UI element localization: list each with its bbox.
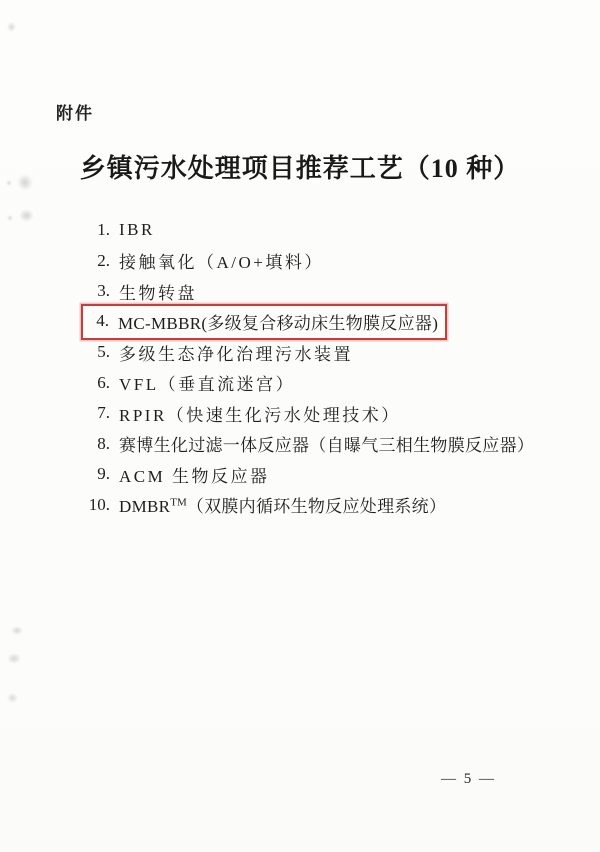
scan-artifact (19, 209, 34, 222)
list-item: 1. IBR (84, 215, 534, 246)
item-number: 2. (84, 251, 110, 271)
item-number: 1. (84, 220, 110, 240)
attachment-label: 附件 (56, 99, 94, 124)
item-number: 7. (84, 403, 110, 423)
scan-artifact (7, 215, 13, 221)
list-item: 5. 多级生态净化治理污水装置 (84, 337, 534, 368)
item-number: 4. (83, 311, 109, 331)
list-item: 7. RPIR（快速生化污水处理技术） (84, 398, 534, 429)
list-item-highlighted: 4. MC-MBBR(多级复合移动床生物膜反应器) (84, 307, 534, 338)
item-number: 10. (84, 495, 110, 515)
document-page: 附件 乡镇污水处理项目推荐工艺（10 种） 1. IBR 2. 接触氧化（A/O… (0, 0, 600, 852)
item-number: 9. (84, 464, 110, 484)
item-text-post: （双膜内循环生物反应处理系统） (187, 497, 447, 516)
highlight-box: 4. MC-MBBR(多级复合移动床生物膜反应器) (81, 304, 447, 340)
item-text: IBR (119, 220, 155, 240)
item-text: VFL（垂直流迷宫） (119, 370, 295, 395)
list-item: 10. DMBRTM（双膜内循环生物反应处理系统） (84, 490, 534, 521)
process-list: 1. IBR 2. 接触氧化（A/O+填料） 3. 生物转盘 4. MC-MBB… (84, 215, 534, 520)
list-item: 9. ACM 生物反应器 (84, 459, 534, 490)
item-text: DMBRTM（双膜内循环生物反应处理系统） (119, 492, 446, 517)
trademark-superscript: TM (170, 497, 187, 509)
item-text: 接触氧化（A/O+填料） (119, 248, 324, 273)
item-text: ACM 生物反应器 (119, 462, 269, 487)
scan-artifact (7, 22, 16, 32)
page-number: — 5 — (441, 771, 496, 788)
list-item: 8. 赛博生化过滤一体反应器（自曝气三相生物膜反应器） (84, 429, 534, 460)
page-title: 乡镇污水处理项目推荐工艺（10 种） (20, 151, 580, 187)
item-text: RPIR（快速生化污水处理技术） (119, 401, 401, 426)
item-number: 3. (84, 281, 110, 301)
list-item: 3. 生物转盘 (84, 276, 534, 307)
item-text-pre: DMBR (119, 497, 170, 516)
item-number: 5. (84, 342, 110, 362)
list-item: 2. 接触氧化（A/O+填料） (84, 246, 534, 277)
item-number: 6. (84, 373, 110, 393)
scan-artifact (11, 626, 23, 635)
scan-artifact (7, 693, 18, 703)
item-text: 多级生态净化治理污水装置 (119, 340, 353, 365)
item-text: MC-MBBR(多级复合移动床生物膜反应器) (118, 309, 438, 334)
item-number: 8. (84, 434, 110, 454)
item-text: 赛博生化过滤一体反应器（自曝气三相生物膜反应器） (119, 431, 534, 456)
list-item: 6. VFL（垂直流迷宫） (84, 368, 534, 399)
scan-artifact (17, 174, 33, 191)
scan-artifact (7, 653, 21, 664)
item-text: 生物转盘 (119, 279, 197, 304)
scan-artifact (6, 180, 12, 186)
